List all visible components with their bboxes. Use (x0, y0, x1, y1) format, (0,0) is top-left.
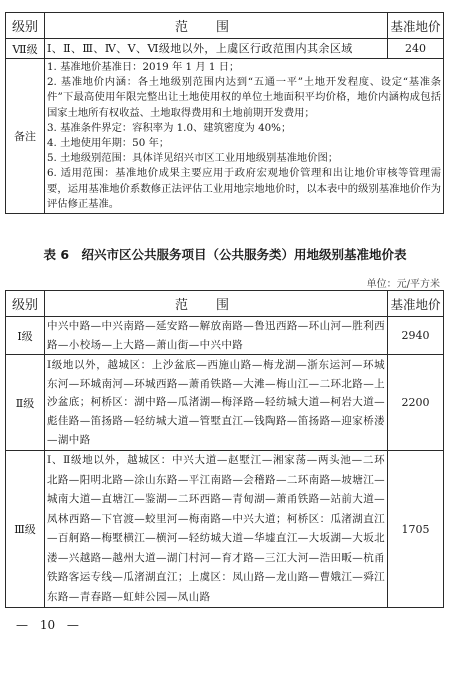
table-row: Ⅶ级 Ⅰ、Ⅱ、Ⅲ、Ⅳ、Ⅴ、Ⅵ级地以外，上虞区行政范围内其余区域 240 (6, 39, 444, 59)
price-cell: 2200 (388, 355, 444, 451)
note-item: 5. 土地级别范围：具体详见绍兴市区工业用地级别基准地价图； (47, 151, 441, 166)
unit-label: 单位：元/平方米 (367, 275, 440, 290)
land-price-table-5-tail: 级别 范围 基准地价 Ⅶ级 Ⅰ、Ⅱ、Ⅲ、Ⅳ、Ⅴ、Ⅵ级地以外，上虞区行政范围内其余… (5, 12, 444, 214)
header-range: 范围 (45, 291, 388, 317)
table-row: Ⅲ级 Ⅰ、Ⅱ级地以外，越城区：中兴大道—赵墅江—湘家荡—两头池—二环北路—阳明北… (6, 451, 444, 608)
note-item: 3. 基准条件界定：容积率为 1.0、建筑密度为 40%； (47, 121, 441, 136)
note-item: 1. 基准地价基准日：2019 年 1 月 1 日； (47, 60, 441, 75)
range-cell: Ⅰ、Ⅱ、Ⅲ、Ⅳ、Ⅴ、Ⅵ级地以外，上虞区行政范围内其余区域 (45, 39, 388, 59)
table-header-row: 级别 范围 基准地价 (6, 291, 444, 317)
table-row: Ⅱ级 Ⅰ级地以外，越城区：上沙盆底—西施山路—梅龙湖—浙东运河—环城东河—环城南… (6, 355, 444, 451)
level-cell: Ⅰ级 (6, 317, 45, 355)
table-6-title: 表 6 绍兴市区公共服务项目（公共服务类）用地级别基准地价表 (0, 245, 450, 263)
price-cell: 1705 (388, 451, 444, 608)
price-cell: 2940 (388, 317, 444, 355)
header-range: 范围 (45, 13, 388, 39)
price-cell: 240 (388, 39, 444, 59)
header-level: 级别 (6, 291, 45, 317)
range-cell: 中兴中路—中兴南路—延安路—解放南路—鲁迅西路—环山河—胜利西路—小校场—上大路… (45, 317, 388, 355)
range-cell: Ⅰ、Ⅱ级地以外，越城区：中兴大道—赵墅江—湘家荡—两头池—二环北路—阳明北路—涂… (45, 451, 388, 608)
header-price: 基准地价 (388, 13, 444, 39)
note-item: 2. 基准地价内涵：各土地级别范围内达到“五通一平”土地开发程度、设定“基准条件… (47, 75, 441, 121)
notes-row: 备注 1. 基准地价基准日：2019 年 1 月 1 日； 2. 基准地价内涵：… (6, 59, 444, 214)
table-header-row: 级别 范围 基准地价 (6, 13, 444, 39)
table-row: Ⅰ级 中兴中路—中兴南路—延安路—解放南路—鲁迅西路—环山河—胜利西路—小校场—… (6, 317, 444, 355)
land-price-table-6: 级别 范围 基准地价 Ⅰ级 中兴中路—中兴南路—延安路—解放南路—鲁迅西路—环山… (5, 290, 444, 608)
note-item: 4. 土地使用年期：50 年； (47, 136, 441, 151)
header-level: 级别 (6, 13, 45, 39)
page-number: — 10 — (16, 618, 79, 632)
note-item: 6. 适用范围：基准地价成果主要应用于政府宏观地价管理和出让地价审核等管理需要，… (47, 166, 441, 212)
level-cell: Ⅶ级 (6, 39, 45, 59)
range-cell: Ⅰ级地以外，越城区：上沙盆底—西施山路—梅龙湖—浙东运河—环城东河—环城南河—环… (45, 355, 388, 451)
notes-label: 备注 (6, 59, 45, 214)
notes-cell: 1. 基准地价基准日：2019 年 1 月 1 日； 2. 基准地价内涵：各土地… (45, 59, 444, 214)
header-price: 基准地价 (388, 291, 444, 317)
level-cell: Ⅲ级 (6, 451, 45, 608)
level-cell: Ⅱ级 (6, 355, 45, 451)
